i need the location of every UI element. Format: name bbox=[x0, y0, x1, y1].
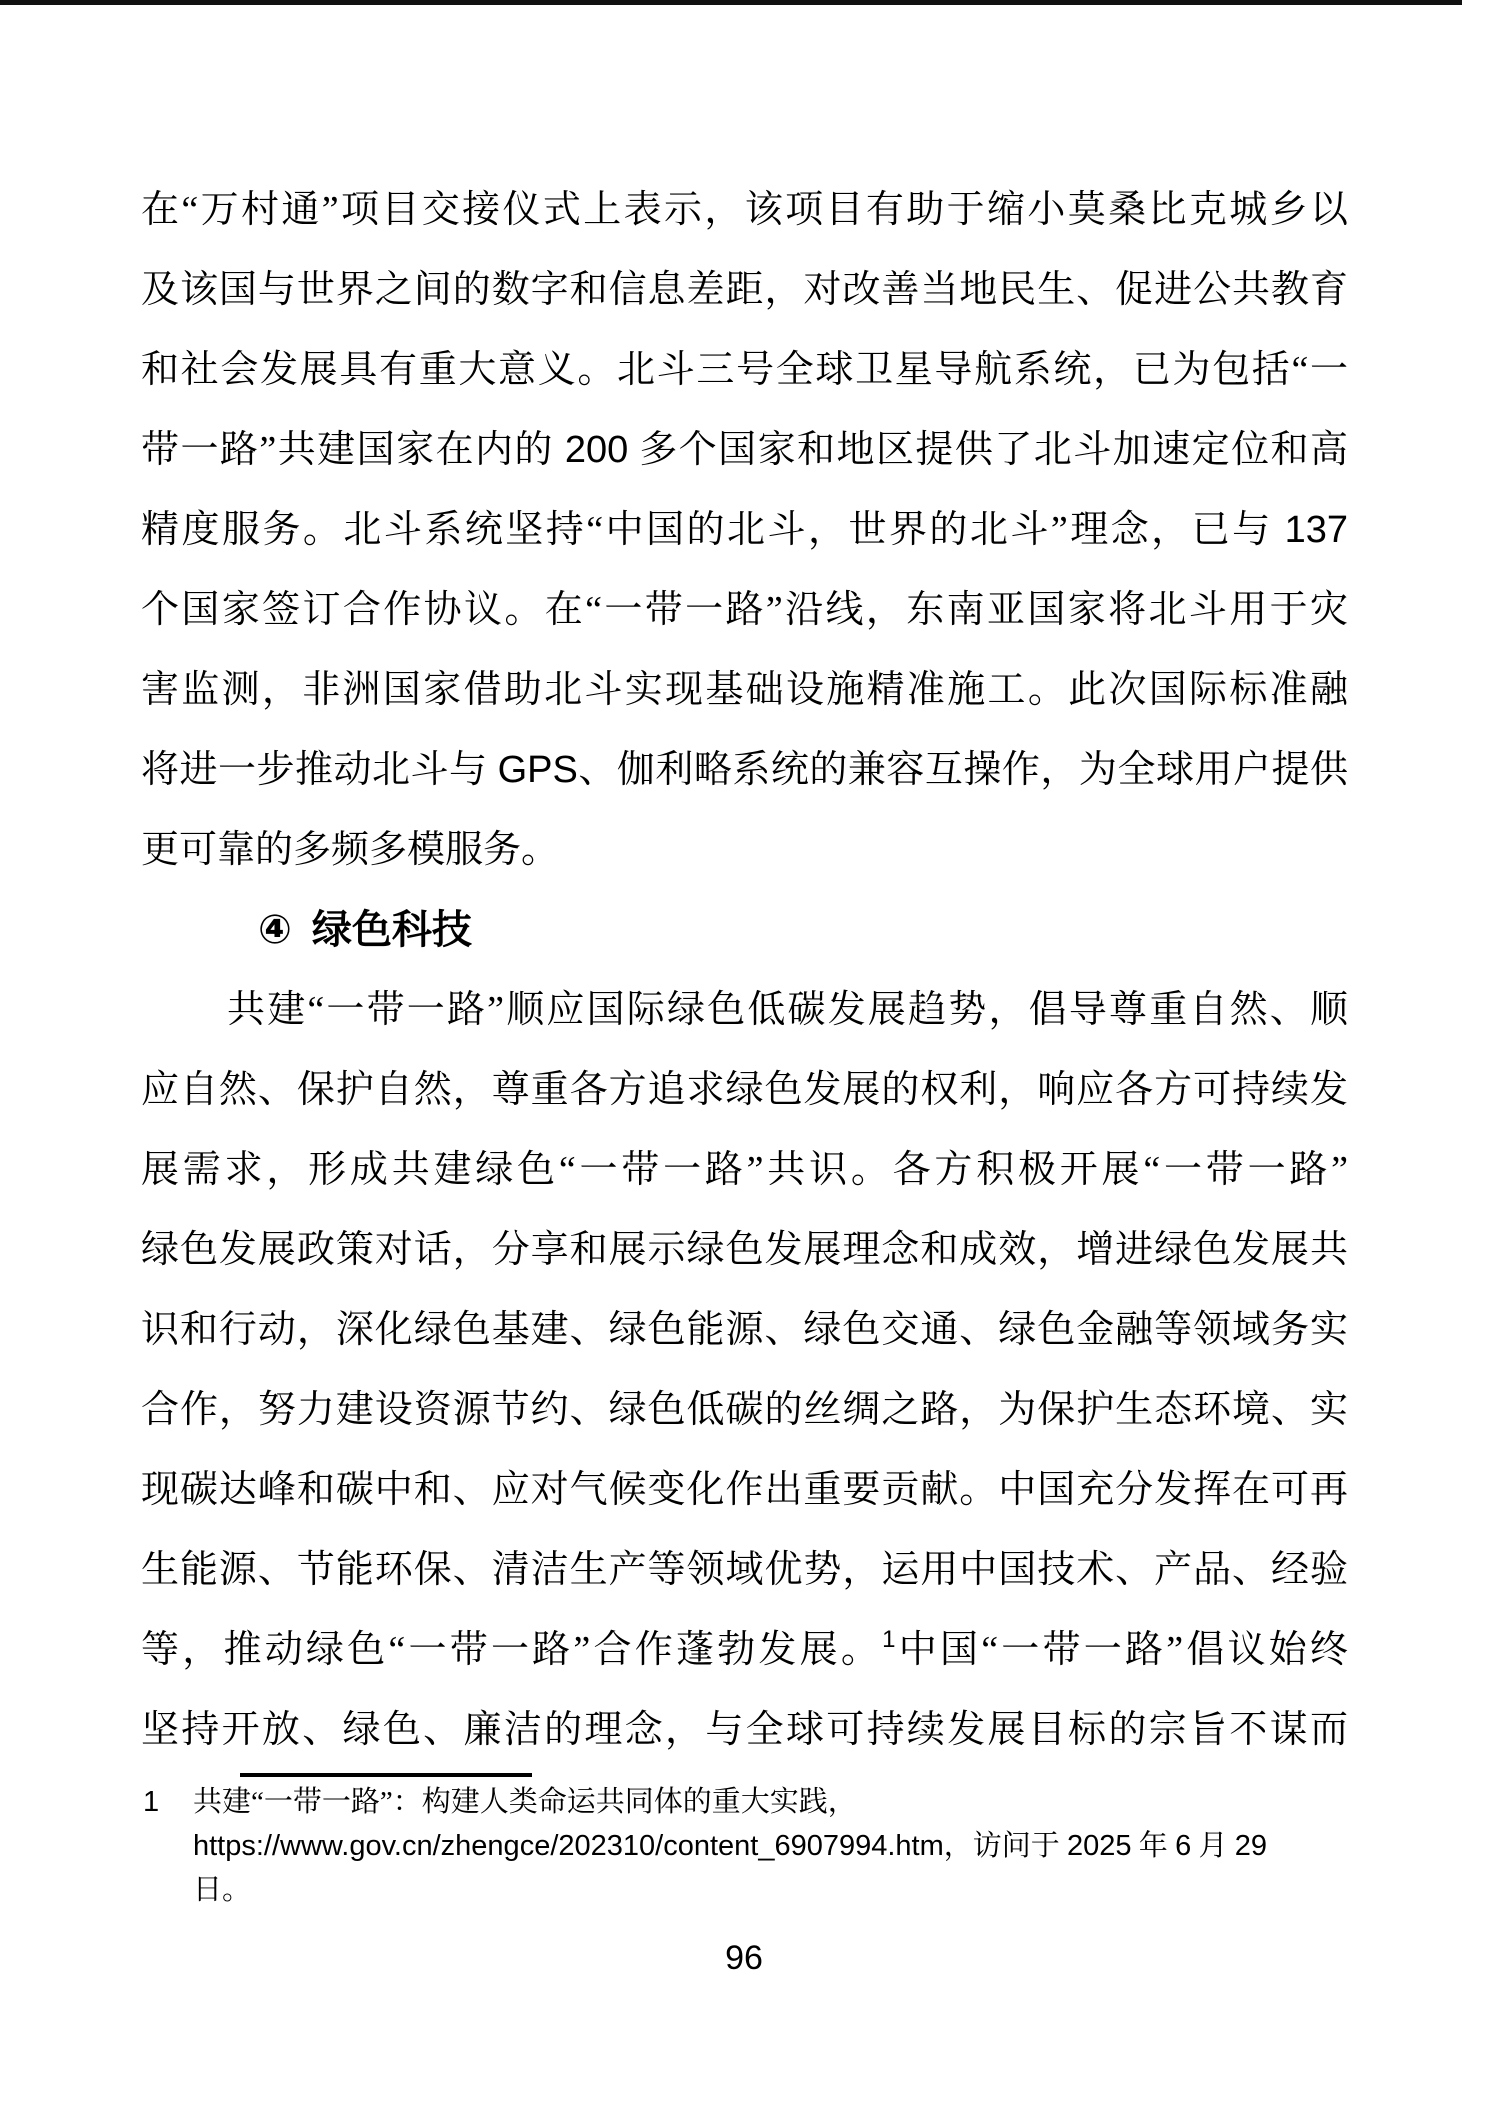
section-heading-green-tech: ④绿色科技 bbox=[141, 890, 1348, 970]
footnote-reference-1: 1 bbox=[882, 1626, 895, 1653]
footnote-line-url: https://www.gov.cn/zhengce/202310/conten… bbox=[141, 1824, 1348, 1868]
text-line: 共建“一带一路”顺应国际绿色低碳发展趋势，倡导尊重自然、顺 bbox=[141, 970, 1348, 1050]
page-body: 在“万村通”项目交接仪式上表示，该项目有助于缩小莫桑比克城乡以 及该国与世界之间… bbox=[141, 170, 1348, 1770]
footnote-line: 日。 bbox=[141, 1868, 1348, 1912]
text-line: 将进一步推动北斗与 GPS、伽利略系统的兼容互操作，为全球用户提供 bbox=[141, 730, 1348, 810]
text-line: 及该国与世界之间的数字和信息差距，对改善当地民生、促进公共教育 bbox=[141, 250, 1348, 330]
heading-number-icon: ④ bbox=[258, 908, 292, 952]
paragraph-beidou: 在“万村通”项目交接仪式上表示，该项目有助于缩小莫桑比克城乡以 及该国与世界之间… bbox=[141, 170, 1348, 890]
footnote-line: 1共建“一带一路”：构建人类命运共同体的重大实践， bbox=[141, 1780, 1348, 1824]
text-line: 害监测，非洲国家借助北斗实现基础设施精准施工。此次国际标准融合， bbox=[141, 650, 1348, 730]
text-line: 精度服务。北斗系统坚持“中国的北斗，世界的北斗”理念，已与 137 bbox=[141, 490, 1348, 570]
footnote-text: 共建“一带一路”：构建人类命运共同体的重大实践， bbox=[193, 1786, 857, 1818]
page-number: 96 bbox=[0, 1936, 1488, 1980]
paragraph-green-silk-road: 共建“一带一路”顺应国际绿色低碳发展趋势，倡导尊重自然、顺 应自然、保护自然，尊… bbox=[141, 970, 1348, 1770]
text-line: 合作，努力建设资源节约、绿色低碳的丝绸之路，为保护生态环境、实 bbox=[141, 1370, 1348, 1450]
text-line: 识和行动，深化绿色基建、绿色能源、绿色交通、绿色金融等领域务实 bbox=[141, 1290, 1348, 1370]
text-segment: 中国“一带一路”倡议始终 bbox=[896, 1629, 1349, 1671]
footnote-separator-rule bbox=[240, 1773, 532, 1777]
text-line: 更可靠的多频多模服务。 bbox=[141, 810, 1348, 890]
heading-title: 绿色科技 bbox=[312, 908, 472, 952]
text-line: 和社会发展具有重大意义。北斗三号全球卫星导航系统，已为包括“一 bbox=[141, 330, 1348, 410]
text-line: 应自然、保护自然，尊重各方追求绿色发展的权利，响应各方可持续发 bbox=[141, 1050, 1348, 1130]
text-line: 现碳达峰和碳中和、应对气候变化作出重要贡献。中国充分发挥在可再 bbox=[141, 1450, 1348, 1530]
text-line: 在“万村通”项目交接仪式上表示，该项目有助于缩小莫桑比克城乡以 bbox=[141, 170, 1348, 250]
text-segment: 等，推动绿色“一带一路”合作蓬勃发展。 bbox=[141, 1629, 882, 1671]
text-line: 个国家签订合作协议。在“一带一路”沿线，东南亚国家将北斗用于灾 bbox=[141, 570, 1348, 650]
document-page: 在“万村通”项目交接仪式上表示，该项目有助于缩小莫桑比克城乡以 及该国与世界之间… bbox=[0, 0, 1488, 2104]
text-line-with-footnote-ref: 等，推动绿色“一带一路”合作蓬勃发展。1中国“一带一路”倡议始终 bbox=[141, 1610, 1348, 1690]
page-top-border bbox=[0, 0, 1462, 5]
footnote-marker: 1 bbox=[143, 1780, 159, 1824]
text-line: 绿色发展政策对话，分享和展示绿色发展理念和成效，增进绿色发展共 bbox=[141, 1210, 1348, 1290]
text-line: 带一路”共建国家在内的 200 多个国家和地区提供了北斗加速定位和高 bbox=[141, 410, 1348, 490]
footnote-block: 1共建“一带一路”：构建人类命运共同体的重大实践， https://www.go… bbox=[141, 1780, 1348, 1912]
text-line: 生能源、节能环保、清洁生产等领域优势，运用中国技术、产品、经验 bbox=[141, 1530, 1348, 1610]
text-line: 展需求，形成共建绿色“一带一路”共识。各方积极开展“一带一路” bbox=[141, 1130, 1348, 1210]
text-line: 坚持开放、绿色、廉洁的理念，与全球可持续发展目标的宗旨不谋而合， bbox=[141, 1690, 1348, 1770]
